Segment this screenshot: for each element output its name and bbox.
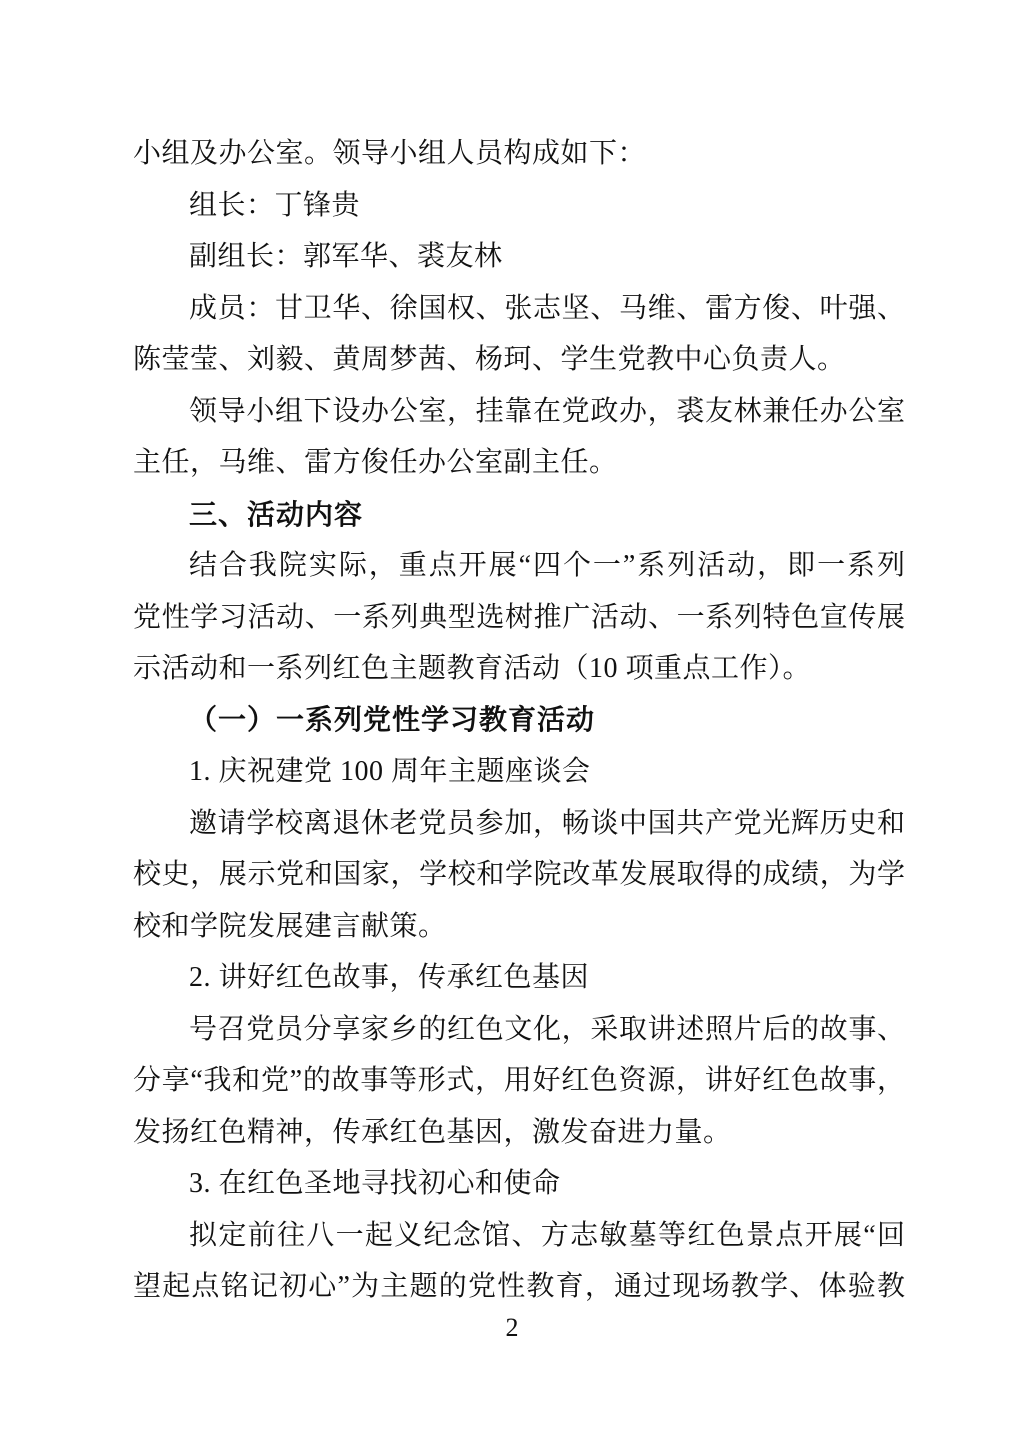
text-line: 望起点铭记初心”为主题的党性教育，通过现场教学、体验教 bbox=[133, 1261, 905, 1313]
text-line: 1. 庆祝建党 100 周年主题座谈会 bbox=[133, 746, 905, 798]
text-line: 三、活动内容 bbox=[133, 489, 905, 541]
text-line: 领导小组下设办公室，挂靠在党政办，裘友林兼任办公室 bbox=[133, 386, 905, 438]
text-line: 拟定前往八一起义纪念馆、方志敏墓等红色景点开展“回 bbox=[133, 1210, 905, 1262]
page-footer: 2 bbox=[0, 1313, 1024, 1343]
text-line: 小组及办公室。领导小组人员构成如下： bbox=[133, 128, 905, 180]
text-line: 主任，马维、雷方俊任办公室副主任。 bbox=[133, 437, 905, 489]
text-line: 副组长：郭军华、裘友林 bbox=[133, 231, 905, 283]
text-line: 示活动和一系列红色主题教育活动（10 项重点工作）。 bbox=[133, 643, 905, 695]
text-line: 校和学院发展建言献策。 bbox=[133, 901, 905, 953]
document-body: 小组及办公室。领导小组人员构成如下：组长：丁锋贵副组长：郭军华、裘友林成员：甘卫… bbox=[133, 128, 905, 1313]
text-line: 党性学习活动、一系列典型选树推广活动、一系列特色宣传展 bbox=[133, 592, 905, 644]
document-page: 小组及办公室。领导小组人员构成如下：组长：丁锋贵副组长：郭军华、裘友林成员：甘卫… bbox=[0, 0, 1024, 1448]
text-line: 3. 在红色圣地寻找初心和使命 bbox=[133, 1158, 905, 1210]
text-line: 成员：甘卫华、徐国权、张志坚、马维、雷方俊、叶强、 bbox=[133, 283, 905, 335]
text-line: 陈莹莹、刘毅、黄周梦茜、杨珂、学生党教中心负责人。 bbox=[133, 334, 905, 386]
text-line: 发扬红色精神，传承红色基因，激发奋进力量。 bbox=[133, 1107, 905, 1159]
text-line: 邀请学校离退休老党员参加，畅谈中国共产党光辉历史和 bbox=[133, 798, 905, 850]
text-line: （一）一系列党性学习教育活动 bbox=[133, 695, 905, 747]
page-number: 2 bbox=[506, 1313, 519, 1342]
text-line: 结合我院实际，重点开展“四个一”系列活动，即一系列 bbox=[133, 540, 905, 592]
text-line: 分享“我和党”的故事等形式，用好红色资源，讲好红色故事， bbox=[133, 1055, 905, 1107]
text-line: 号召党员分享家乡的红色文化，采取讲述照片后的故事、 bbox=[133, 1004, 905, 1056]
text-line: 校史，展示党和国家，学校和学院改革发展取得的成绩，为学 bbox=[133, 849, 905, 901]
text-line: 2. 讲好红色故事，传承红色基因 bbox=[133, 952, 905, 1004]
text-line: 组长：丁锋贵 bbox=[133, 180, 905, 232]
